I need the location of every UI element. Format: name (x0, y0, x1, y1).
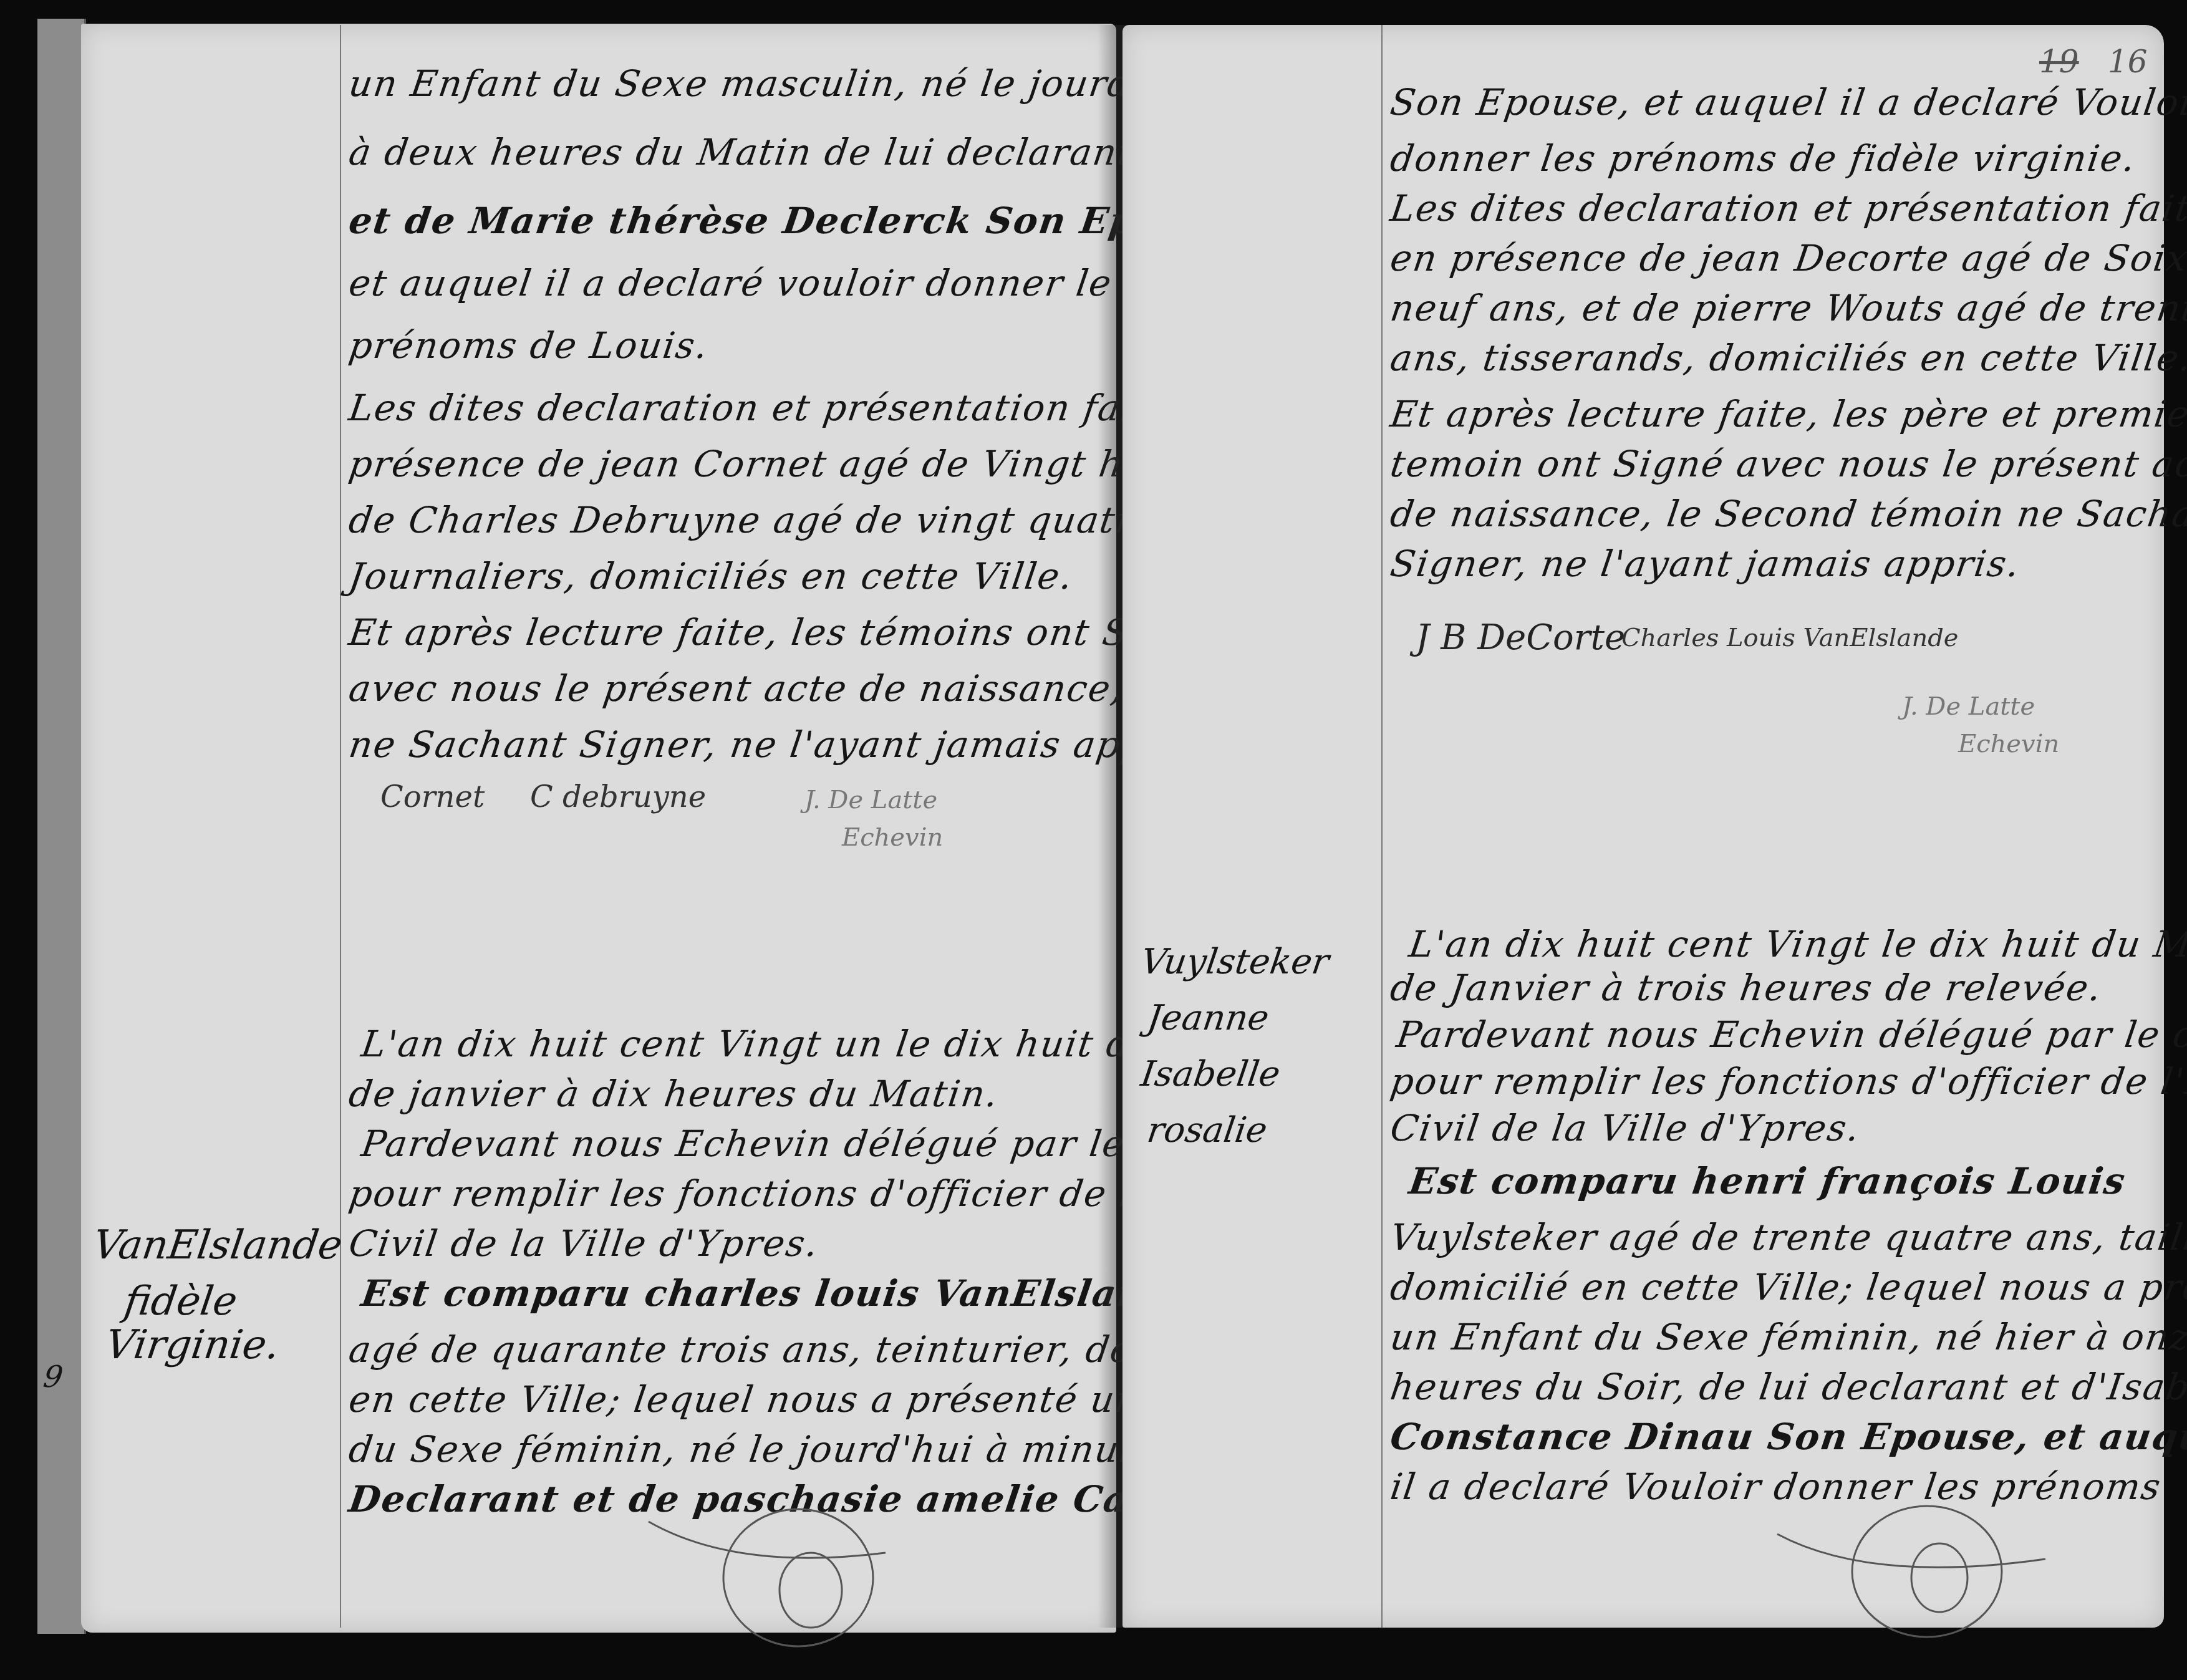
text-line: heures du Soir, de lui declarant et d'Is… (1388, 1366, 2187, 1408)
margin-given-name: Virginie. (103, 1322, 282, 1368)
signature-father: Charles Louis VanElslande (1621, 624, 1959, 652)
text-line: Est comparu henri françois Louis (1406, 1160, 2128, 1202)
text-line: de janvier à dix heures du Matin. (346, 1073, 1002, 1115)
text-line: Son Epouse, et auquel il a declaré Voulo… (1388, 81, 2187, 123)
text-line: Journaliers, domiciliés en cette Ville. (346, 555, 1076, 597)
left-margin-rule (340, 25, 341, 1628)
text-line: pour remplir les fonctions d'officier de… (346, 1172, 1229, 1215)
text-line: à deux heures du Matin de lui declarant (346, 131, 1136, 173)
text-line: Vuylsteker agé de trente quatre ans, tai… (1388, 1216, 2187, 1258)
text-line: Et après lecture faite, les père et prem… (1388, 393, 2187, 435)
text-line: pour remplir les fonctions d'officier de… (1388, 1060, 2187, 1103)
right-margin-rule (1381, 25, 1383, 1628)
flourish-icon (1759, 1497, 2083, 1659)
flourish-icon (624, 1484, 935, 1671)
text-line: de naissance, le Second témoin ne Sachan… (1388, 493, 2187, 535)
margin-given-name: fidèle (122, 1278, 240, 1325)
text-line: Constance Dinau Son Epouse, et auquel (1388, 1416, 2187, 1458)
text-line: L'an dix huit cent Vingt le dix huit du … (1406, 923, 2187, 965)
signature-officer-title: Echevin (842, 823, 943, 852)
text-line: Signer, ne l'ayant jamais appris. (1388, 543, 2023, 585)
folio-struck: 19 (2039, 44, 2079, 80)
text-line: neuf ans, et de pierre Wouts agé de tren… (1388, 287, 2187, 329)
text-line: Et après lecture faite, les témoins ont … (346, 611, 1216, 654)
signature-officer-title: Echevin (1958, 730, 2059, 758)
text-line: ans, tisserands, domiciliés en cette Vil… (1388, 337, 2187, 379)
text-line: ne Sachant Signer, ne l'ayant jamais app… (346, 723, 1212, 766)
text-line: un Enfant du Sexe féminin, né hier à onz… (1388, 1316, 2187, 1358)
text-line: domicilié en cette Ville; lequel nous a … (1388, 1266, 2187, 1308)
margin-surname: Vuylsteker (1138, 942, 1331, 982)
text-line: donner les prénoms de fidèle virginie. (1388, 137, 2139, 180)
text-line: prénoms de Louis. (346, 324, 712, 367)
text-line: un Enfant du Sexe masculin, né le jourd'… (346, 62, 1208, 105)
signature-witness-1: Cornet (380, 780, 485, 814)
text-line: de Janvier à trois heures de relevée. (1388, 967, 2105, 1009)
folio-number: 16 (2108, 44, 2148, 80)
text-line: Est comparu charles louis VanElslande (359, 1272, 1199, 1315)
text-line: temoin ont Signé avec nous le présent ac… (1388, 443, 2187, 485)
signature-witness-1: J B DeCorte (1416, 617, 1625, 658)
margin-given-name: Isabelle (1138, 1054, 1282, 1094)
text-line: Civil de la Ville d'Ypres. (1388, 1107, 1863, 1149)
margin-surname: VanElslande (90, 1222, 345, 1268)
signature-officer: J. De Latte (1902, 692, 2035, 721)
text-line: Pardevant nous Echevin délégué par le co… (1394, 1013, 2187, 1056)
signature-officer: J. De Latte (804, 786, 937, 814)
margin-given-name: rosalie (1144, 1110, 1270, 1151)
text-line: Civil de la Ville d'Ypres. (346, 1222, 821, 1265)
signature-witness-2: C debruyne (530, 780, 706, 814)
text-line: en présence de jean Decorte agé de Soixa… (1388, 237, 2187, 279)
text-line: Les dites declaration et présentation fa… (1388, 187, 2187, 229)
margin-given-name: Jeanne (1144, 998, 1271, 1038)
text-line: et auquel il a declaré vouloir donner le (346, 262, 1115, 304)
